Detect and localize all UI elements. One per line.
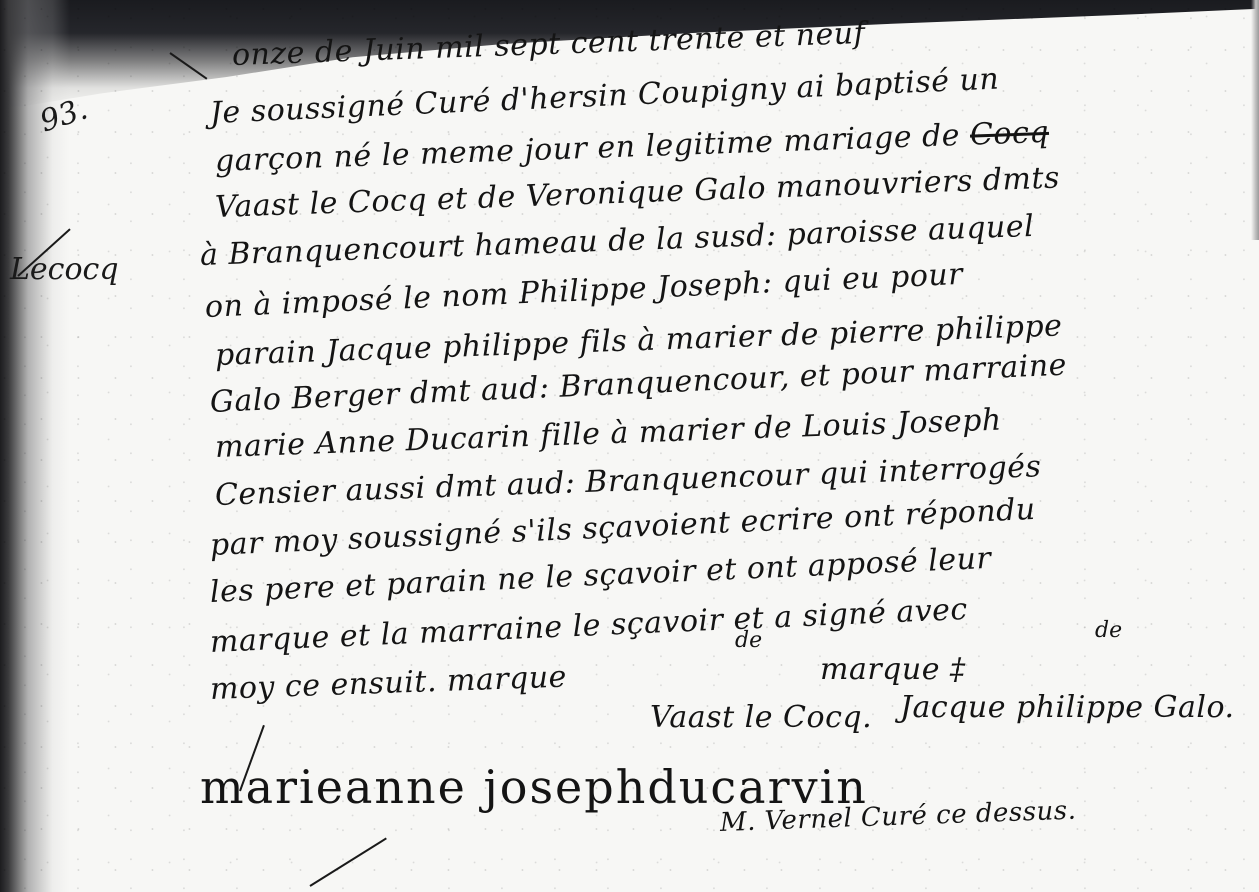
- father-surname-vaart: marque ‡: [820, 652, 966, 687]
- godfather-mark-symbol: ‡: [950, 652, 966, 687]
- margin-surname-note: Lecocq: [10, 252, 119, 287]
- register-line-14: moy ce ensuit. marque: [209, 660, 567, 707]
- scan-right-edge: [1251, 0, 1259, 240]
- godfather-name: Jacque philippe Galo.: [900, 690, 1235, 725]
- next-entry-stroke: [309, 837, 386, 886]
- godfather-mark-prefix: de: [1095, 618, 1122, 643]
- godfather-mark-label: marque: [820, 652, 940, 687]
- struck-out-word: Cocq: [969, 115, 1049, 153]
- father-name: Vaast le Cocq.: [650, 700, 872, 735]
- register-page-scan: 93. Lecocq onze de Juin mil sept cent tr…: [0, 0, 1259, 892]
- father-mark-prefix: de: [735, 628, 762, 653]
